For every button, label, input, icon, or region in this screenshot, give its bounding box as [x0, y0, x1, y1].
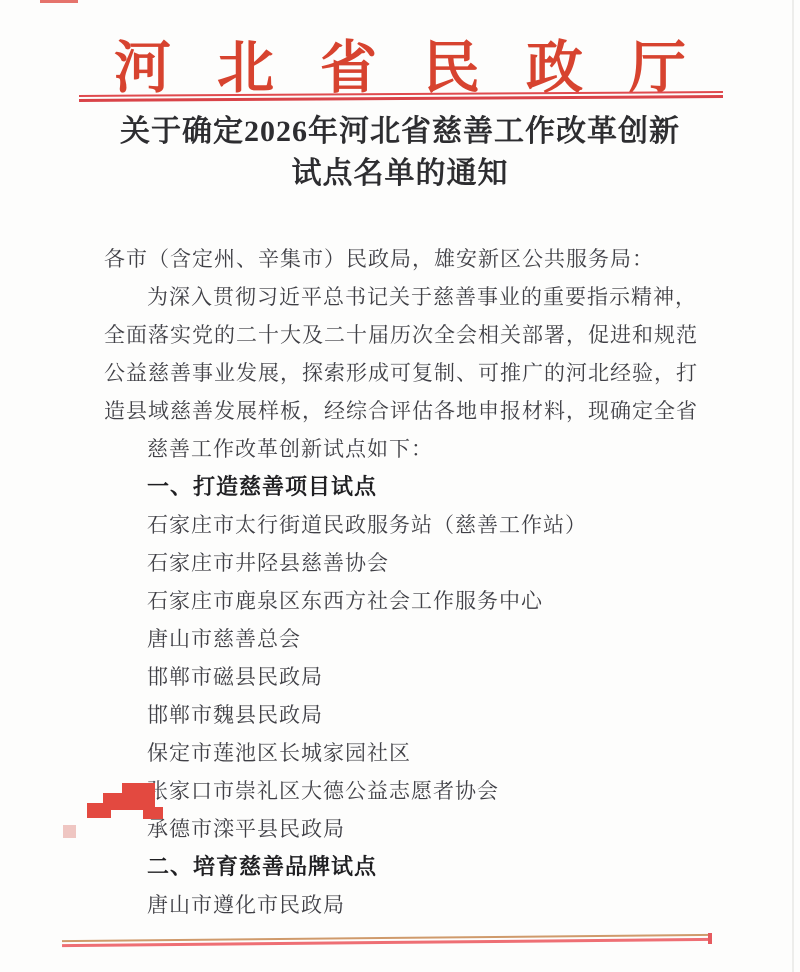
paragraph-line: 造县域慈善发展样板，经综合评估各地申报材料，现确定全省 [104, 392, 720, 430]
list-item: 承德市滦平县民政局 [104, 810, 720, 848]
list-item: 石家庄市鹿泉区东西方社会工作服务中心 [104, 582, 720, 620]
footer-divider-line [62, 934, 712, 947]
list-item: 张家口市崇礼区大德公益志愿者协会 [104, 772, 720, 810]
section-1-heading: 一、打造慈善项目试点 [104, 468, 720, 506]
document-title-line2: 试点名单的通知 [0, 153, 800, 195]
list-item: 邯郸市磁县民政局 [104, 658, 720, 696]
paragraph-line: 慈善工作改革创新试点如下： [104, 430, 720, 468]
paragraph-line: 为深入贯彻习近平总书记关于慈善事业的重要指示精神， [104, 278, 720, 316]
list-item: 邯郸市魏县民政局 [104, 696, 720, 734]
salutation: 各市（含定州、辛集市）民政局，雄安新区公共服务局： [104, 240, 720, 278]
list-item: 唐山市慈善总会 [104, 620, 720, 658]
footer-divider-end-tick [708, 933, 712, 944]
artifact-block [143, 807, 163, 819]
paragraph-line: 全面落实党的二十大及二十届历次全会相关部署，促进和规范 [104, 316, 720, 354]
scanned-document-page: 河北省民政厅 关于确定2026年河北省慈善工作改革创新 试点名单的通知 各市（含… [0, 0, 800, 972]
list-item: 石家庄市井陉县慈善协会 [104, 544, 720, 582]
list-item: 保定市莲池区长城家园社区 [104, 734, 720, 772]
artifact-block-pink [63, 825, 76, 838]
document-body: 各市（含定州、辛集市）民政局，雄安新区公共服务局： 为深入贯彻习近平总书记关于慈… [104, 240, 720, 924]
scan-artifact-top-dash [40, 0, 78, 3]
list-item: 石家庄市太行街道民政服务站（慈善工作站） [104, 506, 720, 544]
artifact-block [87, 803, 111, 818]
paragraph-line: 公益慈善事业发展，探索形成可复制、可推广的河北经验，打 [104, 354, 720, 392]
list-item: 唐山市遵化市民政局 [104, 886, 720, 924]
document-title: 关于确定2026年河北省慈善工作改革创新 试点名单的通知 [0, 111, 800, 195]
section-2-heading: 二、培育慈善品牌试点 [104, 848, 720, 886]
document-title-line1: 关于确定2026年河北省慈善工作改革创新 [0, 111, 800, 153]
